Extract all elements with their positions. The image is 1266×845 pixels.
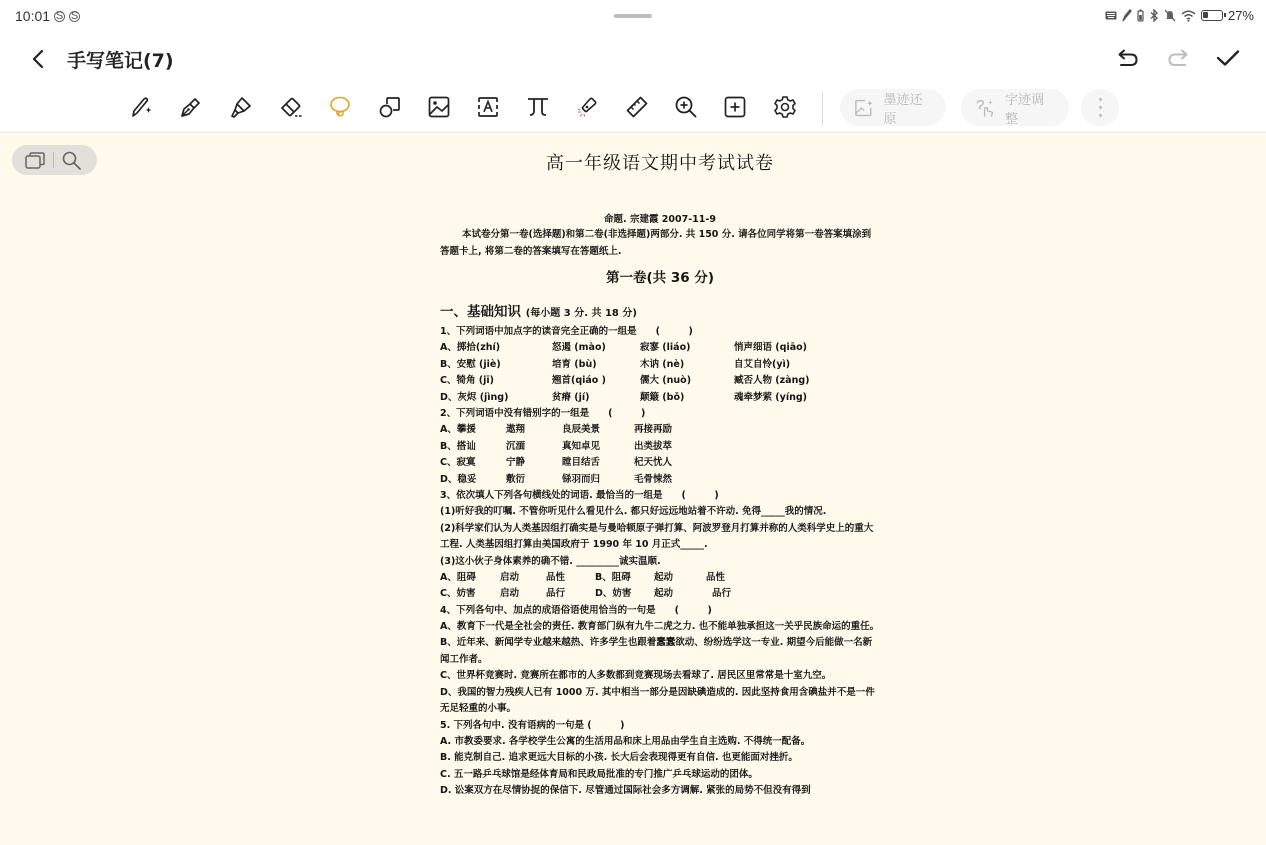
app-header: 手写笔记(7) — [0, 34, 1266, 84]
status-time-group: 10:01 S S — [15, 8, 80, 24]
option-cell: B、阻碍 — [595, 570, 631, 586]
option-cell: 再接再励 — [634, 422, 672, 438]
tool-settings[interactable] — [772, 94, 798, 120]
image-icon — [427, 95, 451, 119]
option-cell: 启动 — [500, 570, 519, 586]
ink-restore-icon — [854, 98, 875, 118]
option-cell: 起动 — [654, 570, 673, 586]
option-cell: 臧否人物 (zàng) — [734, 373, 810, 389]
laser-pointer-icon — [575, 95, 599, 119]
toolbar-divider — [822, 92, 823, 125]
option-row: D、灰烬 (jìng) 贫瘠 (jí) 颠簸 (bǒ) 魂牵梦萦 (yíng) — [440, 390, 880, 406]
option-cell: 培育 (bù) — [552, 357, 597, 373]
question-stem: 4、下列各句中、加点的成语俗语使用恰当的一句是 ( ) — [440, 603, 880, 619]
answer-option: A、教育下一代是全社会的责任. 教育部门纵有九牛二虎之力. 也不能单独承担这一关… — [440, 619, 880, 635]
option-cell: 瞠目结舌 — [562, 455, 600, 471]
keyboard-icon — [1105, 11, 1117, 20]
option-cell: 贫瘠 (jí) — [552, 390, 590, 406]
option-row: C、寂寞 宁静 瞠目结舌 杞天忧人 — [440, 455, 880, 471]
option-cell: 起动 — [654, 586, 673, 602]
handwriting-adjust-icon — [975, 97, 996, 119]
answer-option: C、世界杯竞赛时. 竞赛所在都市的人多数都到竞赛现场去看球了. 居民区里常常是十… — [440, 668, 880, 684]
option-cell: 宁静 — [506, 455, 525, 471]
option-row: A、掷拾(zhí) 怒遏 (mào) 寂寥 (liáo) 悄声细语 (qiāo) — [440, 340, 880, 356]
tool-formula[interactable] — [525, 94, 551, 120]
tool-image[interactable] — [426, 94, 452, 120]
option-cell: 儒大 (nuò) — [640, 373, 691, 389]
answer-option: C. 五一路乒乓球馆是经体育局和民政局批准的专门推广乒乓球运动的团体。 — [440, 767, 880, 783]
stylus-icon — [1122, 9, 1132, 22]
answer-option: A. 市教委要求. 各学校学生公寓的生活用品和床上用品由学生自主选购. 不得统一… — [440, 734, 880, 750]
option-cell: A、阻碍 — [440, 570, 476, 586]
option-cell: C、妨害 — [440, 586, 475, 602]
shapes-icon — [378, 95, 402, 119]
add-box-icon — [723, 95, 747, 119]
battery-percent: 27% — [1228, 8, 1254, 23]
section-heading: 一、基础知识 (每小题 3 分. 共 18 分) — [440, 300, 637, 320]
answer-option: D、我国的智力残疾人已有 1000 万. 其中相当一部分是因缺碘造成的. 因此坚… — [440, 685, 880, 718]
ruler-icon — [625, 95, 649, 119]
option-cell: 翘首(qiáo ) — [552, 373, 606, 389]
option-cell: 杞天忧人 — [634, 455, 672, 471]
option-cell: 良辰美景 — [562, 422, 600, 438]
answer-option: B、近年来、新闻学专业越来越热、许多学生也跟着蠢蠢欲动、纷纷选学这一专业. 期望… — [440, 635, 880, 668]
more-options-button[interactable] — [1081, 89, 1119, 126]
page-controls — [12, 145, 97, 175]
option-cell: 敷衍 — [506, 472, 525, 488]
option-cell: 品性 — [706, 570, 725, 586]
notification-s-icon: S — [54, 11, 65, 22]
back-button[interactable] — [26, 46, 50, 72]
handwriting-adjust-button[interactable]: 字迹调整 — [961, 89, 1069, 126]
option-cell: 自艾自怜(yì) — [734, 357, 790, 373]
tool-ai-pen[interactable] — [129, 94, 155, 120]
section-title: 一、基础知识 — [440, 304, 521, 320]
tool-shapes[interactable] — [377, 94, 403, 120]
dot — [1099, 114, 1102, 117]
undo-button[interactable] — [1114, 44, 1142, 72]
status-time: 10:01 — [15, 8, 50, 24]
option-row: B、搭讪 沉湎 真知卓见 出类拔萃 — [440, 439, 880, 455]
option-cell: 铩羽而归 — [562, 472, 600, 488]
option-cell: B、安慰 (jiè) — [440, 357, 501, 373]
exam-author: 命题. 宗建霞 2007-11-9 — [440, 211, 880, 225]
page-thumbnails-button[interactable] — [25, 152, 45, 169]
question-stem: 3、依次填人下列各句横线处的词语. 最恰当的一组是 ( ) — [440, 488, 880, 504]
ink-restore-label: 墨迹还原 — [884, 89, 932, 127]
pages-icon — [25, 152, 45, 169]
volume-heading: 第一卷(共 36 分) — [440, 266, 880, 286]
question-sentence: (2)科学家们认为人类基因组打确实是与曼哈顿原子弹打算、阿波罗登月打算并称的人类… — [440, 521, 880, 554]
answer-option: D. 讼案双方在尽情协捉的保信下. 尽管通过国际社会多方调解. 紧张的局势不但没… — [440, 783, 880, 799]
option-cell: 遨翔 — [506, 422, 525, 438]
tool-ruler[interactable] — [624, 94, 650, 120]
status-bar: 10:01 S S 27% — [0, 0, 1266, 34]
gear-icon — [773, 95, 797, 119]
search-button[interactable] — [62, 151, 81, 170]
handwriting-adjust-label: 字迹调整 — [1005, 89, 1055, 127]
stylus-battery-icon — [1137, 9, 1144, 22]
zoom-in-icon — [674, 95, 698, 119]
battery-icon — [1201, 10, 1223, 21]
option-cell: 真知卓见 — [562, 439, 600, 455]
option-row: C、犄角 (jī) 翘首(qiáo ) 儒大 (nuò) 臧否人物 (zàng) — [440, 373, 880, 389]
redo-button[interactable] — [1164, 44, 1192, 72]
text-box-icon — [476, 95, 500, 119]
option-cell: 启动 — [500, 586, 519, 602]
exam-title: 高一年级语文期中考试试卷 — [440, 149, 880, 175]
exam-intro: 本试卷分第一卷(选择题)和第二卷(非选择题)两部分. 共 150 分. 请各位同… — [440, 227, 880, 260]
bluetooth-icon — [1149, 9, 1159, 22]
option-cell: 出类拔萃 — [634, 439, 672, 455]
fountain-pen-icon — [179, 95, 203, 119]
option-cell: B、搭讪 — [440, 439, 476, 455]
redo-icon — [1167, 49, 1189, 67]
tool-text-box[interactable] — [475, 94, 501, 120]
lasso-icon — [328, 95, 352, 119]
option-cell: D、稳妥 — [440, 472, 476, 488]
option-cell: 品行 — [546, 586, 565, 602]
tool-zoom[interactable] — [673, 94, 699, 120]
eraser-icon — [279, 95, 303, 119]
option-cell: 毛骨悚然 — [634, 472, 672, 488]
search-icon — [62, 151, 81, 170]
drawing-toolbar: 墨迹还原 字迹调整 — [0, 84, 1266, 133]
option-cell: 品性 — [546, 570, 565, 586]
chevron-left-icon — [32, 49, 44, 69]
tool-highlighter[interactable] — [228, 94, 254, 120]
option-row: A、阻碍 启动 品性 B、阻碍 起动 品性 — [440, 570, 880, 586]
option-cell: 悄声细语 (qiāo) — [734, 340, 807, 356]
status-icons: 27% — [1105, 8, 1254, 23]
tool-fountain-pen[interactable] — [178, 94, 204, 120]
option-row: A、攀援 遨翔 良辰美景 再接再励 — [440, 422, 880, 438]
tool-lasso[interactable] — [327, 94, 353, 120]
question-sentence: (3)这小伙子身体素养的确不错. _________诚实温顺. — [440, 554, 880, 570]
option-cell: A、攀援 — [440, 422, 476, 438]
dot — [1099, 106, 1102, 109]
question-sentence: (1)听好我的叮嘱. 不管你听见什么看见什么. 都只好远远地站着不许动. 免得_… — [440, 504, 880, 520]
answer-option: B. 能克制自己. 追求更远大目标的小孩. 长大后会表现得更有自信. 也更能面对… — [440, 750, 880, 766]
undo-icon — [1117, 49, 1139, 67]
option-cell: 木讷 (nè) — [640, 357, 684, 373]
option-row: B、安慰 (jiè) 培育 (bù) 木讷 (nè) 自艾自怜(yì) — [440, 357, 880, 373]
highlighter-icon — [229, 95, 253, 119]
option-cell: C、寂寞 — [440, 455, 475, 471]
option-row: C、妨害 启动 品行 D、妨害 起动 品行 — [440, 586, 880, 602]
mute-bell-icon — [1164, 9, 1176, 22]
divider — [53, 152, 54, 168]
option-cell: D、灰烬 (jìng) — [440, 390, 508, 406]
option-cell: 品行 — [712, 586, 731, 602]
option-cell: 魂牵梦萦 (yíng) — [734, 390, 807, 406]
wifi-icon — [1181, 10, 1196, 22]
option-cell: 寂寥 (liáo) — [640, 340, 690, 356]
ai-pen-icon — [130, 95, 154, 119]
option-cell: A、掷拾(zhí) — [440, 340, 500, 356]
option-cell: C、犄角 (jī) — [440, 373, 494, 389]
option-row: D、稳妥 敷衍 铩羽而归 毛骨悚然 — [440, 472, 880, 488]
option-cell: 怒遏 (mào) — [552, 340, 606, 356]
option-cell: 沉湎 — [506, 439, 525, 455]
checkmark-icon — [1216, 49, 1240, 67]
question-stem: 5. 下列各句中. 没有语病的一句是 ( ) — [440, 718, 880, 734]
done-button[interactable] — [1214, 44, 1242, 72]
tool-laser-pointer[interactable] — [574, 94, 600, 120]
question-stem: 1、下列词语中加点字的读音完全正确的一组是 ( ) — [440, 324, 880, 340]
question-list: 1、下列词语中加点字的读音完全正确的一组是 ( ) A、掷拾(zhí) 怒遏 (… — [440, 324, 880, 799]
notification-s-icon: S — [69, 11, 80, 22]
option-cell: D、妨害 — [595, 586, 631, 602]
note-title: 手写笔记(7) — [67, 46, 174, 73]
header-actions — [1114, 44, 1242, 72]
tool-add-page[interactable] — [722, 94, 748, 120]
option-cell: 颠簸 (bǒ) — [640, 390, 684, 406]
ink-restore-button[interactable]: 墨迹还原 — [840, 89, 946, 126]
question-stem: 2、下列词语中没有错别字的一组是 ( ) — [440, 406, 880, 422]
note-canvas[interactable]: 高一年级语文期中考试试卷 命题. 宗建霞 2007-11-9 本试卷分第一卷(选… — [0, 134, 1266, 845]
tool-eraser[interactable] — [278, 94, 304, 120]
section-note: (每小题 3 分. 共 18 分) — [526, 308, 637, 319]
window-grab-handle[interactable] — [614, 14, 652, 18]
pi-formula-icon — [526, 95, 550, 119]
dot — [1099, 98, 1102, 101]
